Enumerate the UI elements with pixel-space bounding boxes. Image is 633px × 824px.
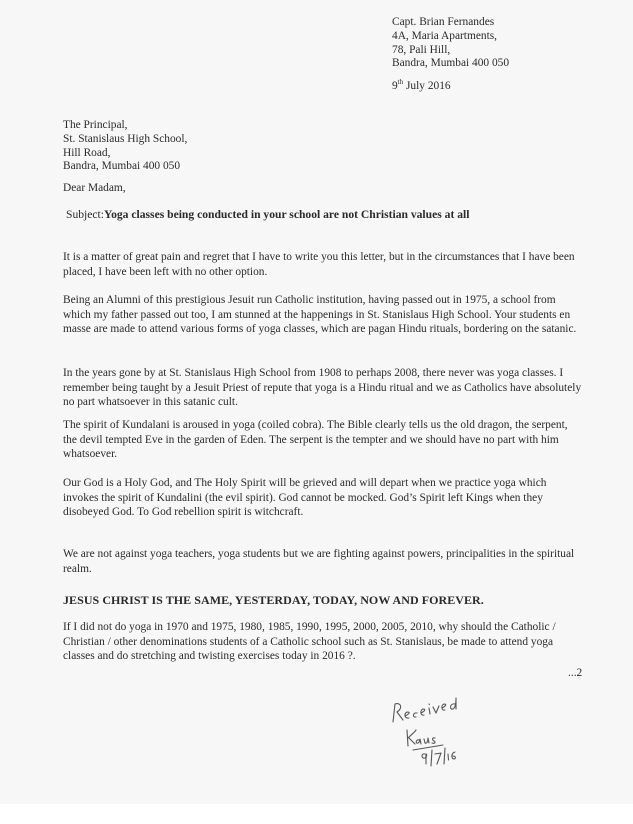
salutation: Dear Madam, [63, 182, 126, 194]
sender-address-line: 4A, Maria Apartments, [392, 30, 509, 44]
recipient-address-line: Hill Road, [63, 147, 187, 161]
handwritten-received-note [385, 692, 525, 772]
body-paragraph: Being an Alumni of this prestigious Jesu… [63, 293, 583, 337]
subject-label: Subject: [66, 208, 104, 221]
recipient-address-line: Bandra, Mumbai 400 050 [63, 160, 187, 174]
body-paragraph: In the years gone by at St. Stanislaus H… [63, 366, 583, 410]
sender-address-line: 78, Pali Hill, [392, 44, 509, 58]
body-paragraph: We are not against yoga teachers, yoga s… [63, 547, 583, 576]
letter-date: 9th July 2016 [392, 78, 451, 92]
handwriting-signature-icon [385, 692, 525, 772]
recipient-address-line: St. Stanislaus High School, [63, 133, 187, 147]
sender-name: Capt. Brian Fernandes [392, 16, 509, 30]
body-paragraph: Our God is a Holy God, and The Holy Spir… [63, 476, 583, 520]
body-paragraph: The spirit of Kundalani is aroused in yo… [63, 418, 583, 462]
recipient-title: The Principal, [63, 119, 187, 133]
subject-line: Subject:Yoga classes being conducted in … [66, 208, 469, 221]
recipient-address: The Principal, St. Stanislaus High Schoo… [63, 119, 187, 174]
letter-page: Capt. Brian Fernandes 4A, Maria Apartmen… [0, 0, 633, 804]
body-paragraph: It is a matter of great pain and regret … [63, 250, 583, 279]
subject-text: Yoga classes being conducted in your sch… [104, 208, 469, 221]
sender-address: Capt. Brian Fernandes 4A, Maria Apartmen… [392, 16, 509, 71]
page-continuation-marker: ...2 [568, 667, 582, 679]
emphasis-statement: JESUS CHRIST IS THE SAME, YESTERDAY, TOD… [63, 593, 484, 608]
closing-paragraph: If I did not do yoga in 1970 and 1975, 1… [63, 620, 573, 664]
sender-address-line: Bandra, Mumbai 400 050 [392, 57, 509, 71]
